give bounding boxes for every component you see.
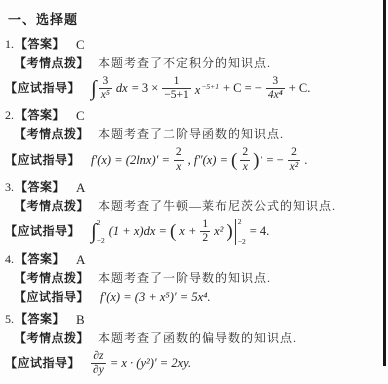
guide-line: 【应试指导】 ∫ 3x⁵ dx = 3 × 1−5+1 x−5+1 + C = … [5,75,376,102]
formula: f′(x) = (2lnx)′ = 2x , f″(x) = ( 2x ) ′ … [89,146,309,173]
power-exponent: −5+1 [201,82,219,91]
guide-line: 【应试指导】 ∫ 2−2 (1 + x)dx = ( x + 12 x² ) 2… [5,218,376,246]
fraction: 12 [200,218,210,245]
formula-segment: x + [179,223,196,240]
fraction-denominator: x⁵ [99,88,112,102]
answer-line: 5. 【答案】 B [5,311,376,328]
section-title: 一、选择题 [8,9,376,28]
review-line: 【考情点拨】 本题考查了牛顿—莱布尼茨公式的知识点. [14,198,376,215]
answer-value: B [76,311,85,328]
answer-value: A [76,251,85,268]
scan-edge-artifact [383,0,386,366]
evaluation-bar-line [235,219,236,245]
power-base: x [195,83,201,97]
question-number: 3. [5,179,14,196]
formula-segment: + C. [289,80,311,97]
formula-segment: = − [266,152,283,169]
formula: ∫ 2−2 (1 + x)dx = ( x + 12 x² ) 2−2 = 4. [89,218,271,246]
question-5: 5. 【答案】 B 【考情点拨】 本题考查了函数的偏导数的知识点. 【应试指导】… [5,311,376,377]
evaluation-upper-limit: 2 [238,218,246,226]
review-text: 本题考查了一阶导数的知识点. [98,270,271,287]
fraction-numerator: 1 [162,75,190,88]
review-line: 【考情点拨】 本题考查了不定积分的知识点. [14,55,376,72]
fraction-numerator: 3 [99,75,112,88]
fraction: 2x [240,146,250,173]
guide-label: 【应试指导】 [5,355,80,372]
guide-label: 【应试指导】 [5,223,80,240]
review-line: 【考情点拨】 本题考查了一阶导数的知识点. [14,270,376,287]
question-3: 3. 【答案】 A 【考情点拨】 本题考查了牛顿—莱布尼茨公式的知识点. 【应试… [5,179,376,246]
formula-segment: f′(x) = (2lnx)′ = [91,152,170,169]
review-label: 【考情点拨】 [14,270,89,287]
formula-segment: = 3 × [132,80,159,97]
answer-line: 3. 【答案】 A [5,179,376,196]
close-paren: ) [253,151,259,170]
definite-integral: ∫ 2−2 [91,219,105,244]
prime-mark: ′ [260,152,262,169]
review-text: 本题考查了不定积分的知识点. [98,55,271,72]
fraction-denominator: x [240,160,250,174]
fraction-denominator: 2 [200,231,210,245]
open-paren: ( [231,151,237,170]
integral-icon: ∫ [91,78,97,99]
fraction-numerator: 2 [288,146,301,159]
formula-segment: , f″(x) = [188,152,228,169]
question-4: 4. 【答案】 A 【考情点拨】 本题考查了一阶导数的知识点. 【应试指导】 f… [5,251,376,306]
formula: ∫ 3x⁵ dx = 3 × 1−5+1 x−5+1 + C = − 34x⁴ … [89,75,312,102]
fraction-numerator: 2 [174,146,184,159]
open-paren: ( [170,222,176,241]
question-number: 5. [5,311,14,328]
fraction-denominator: 4x⁴ [266,88,285,102]
formula-segment: = x · (y²)′ = 2xy. [110,355,191,372]
formula-segment: x² [214,223,223,240]
answer-label: 【答案】 [15,36,65,53]
fraction-denominator: −5+1 [162,88,190,102]
evaluation-limits: 2−2 [238,218,246,246]
integral-lower-limit: −2 [97,237,105,245]
close-paren: ) [226,222,232,241]
formula-segment: . [304,152,307,169]
formula-segment: f′(x) = (3 + x⁵)′ = 5x⁴. [100,289,211,306]
fraction-numerator: ∂z [91,350,106,363]
integral-upper-limit: 2 [97,219,105,227]
answer-label: 【答案】 [15,179,65,196]
formula: ∂z∂y = x · (y²)′ = 2xy. [89,350,193,377]
answer-line: 4. 【答案】 A [5,251,376,268]
formula: f′(x) = (3 + x⁵)′ = 5x⁴. [98,289,213,306]
integral-limits: 2−2 [97,219,105,244]
fraction: 2x² [288,146,301,173]
guide-line: 【应试指导】 f′(x) = (2lnx)′ = 2x , f″(x) = ( … [5,146,376,173]
guide-label: 【应试指导】 [5,152,80,169]
review-label: 【考情点拨】 [14,55,89,72]
formula-segment: + C = − [223,80,262,97]
review-text: 本题考查了牛顿—莱布尼茨公式的知识点. [98,198,336,215]
answer-value: C [76,107,85,124]
fraction-denominator: ∂y [91,363,106,377]
fraction-denominator: x [174,160,184,174]
question-number: 1. [5,36,14,53]
formula-segment: dx [116,80,128,97]
answer-label: 【答案】 [15,107,65,124]
formula-segment: (1 + x)dx = [109,223,167,240]
guide-line: 【应试指导】 f′(x) = (3 + x⁵)′ = 5x⁴. [14,289,376,306]
review-label: 【考情点拨】 [14,126,89,143]
power-term: x−5+1 [195,78,219,99]
fraction-numerator: 3 [266,75,285,88]
fraction: ∂z∂y [91,350,106,377]
answer-line: 2. 【答案】 C [5,107,376,124]
answer-key-page: 一、选择题 1. 【答案】 C 【考情点拨】 本题考查了不定积分的知识点. 【应… [0,0,388,377]
guide-line: 【应试指导】 ∂z∂y = x · (y²)′ = 2xy. [5,350,376,377]
fraction: 2x [174,146,184,173]
fraction-denominator: x² [288,160,301,174]
review-label: 【考情点拨】 [14,330,89,347]
review-line: 【考情点拨】 本题考查了二阶导函数的知识点. [14,126,376,143]
answer-label: 【答案】 [15,251,65,268]
fraction: 1−5+1 [162,75,190,102]
answer-value: C [76,36,85,53]
question-number: 4. [5,251,14,268]
review-text: 本题考查了二阶导函数的知识点. [98,126,284,143]
answer-value: A [76,179,85,196]
question-2: 2. 【答案】 C 【考情点拨】 本题考查了二阶导函数的知识点. 【应试指导】 … [5,107,376,173]
question-number: 2. [5,107,14,124]
answer-label: 【答案】 [15,311,65,328]
formula-segment: = 4. [250,223,270,240]
fraction-numerator: 1 [200,218,210,231]
fraction-numerator: 2 [240,146,250,159]
answer-line: 1. 【答案】 C [5,36,376,53]
evaluation-lower-limit: −2 [238,238,246,246]
review-label: 【考情点拨】 [14,198,89,215]
review-line: 【考情点拨】 本题考查了函数的偏导数的知识点. [14,330,376,347]
fraction: 3x⁵ [99,75,112,102]
fraction: 34x⁴ [266,75,285,102]
evaluation-bar: 2−2 [235,218,246,246]
question-1: 1. 【答案】 C 【考情点拨】 本题考查了不定积分的知识点. 【应试指导】 ∫… [5,36,376,102]
review-text: 本题考查了函数的偏导数的知识点. [98,330,297,347]
guide-label: 【应试指导】 [5,80,80,97]
guide-label: 【应试指导】 [14,289,89,306]
